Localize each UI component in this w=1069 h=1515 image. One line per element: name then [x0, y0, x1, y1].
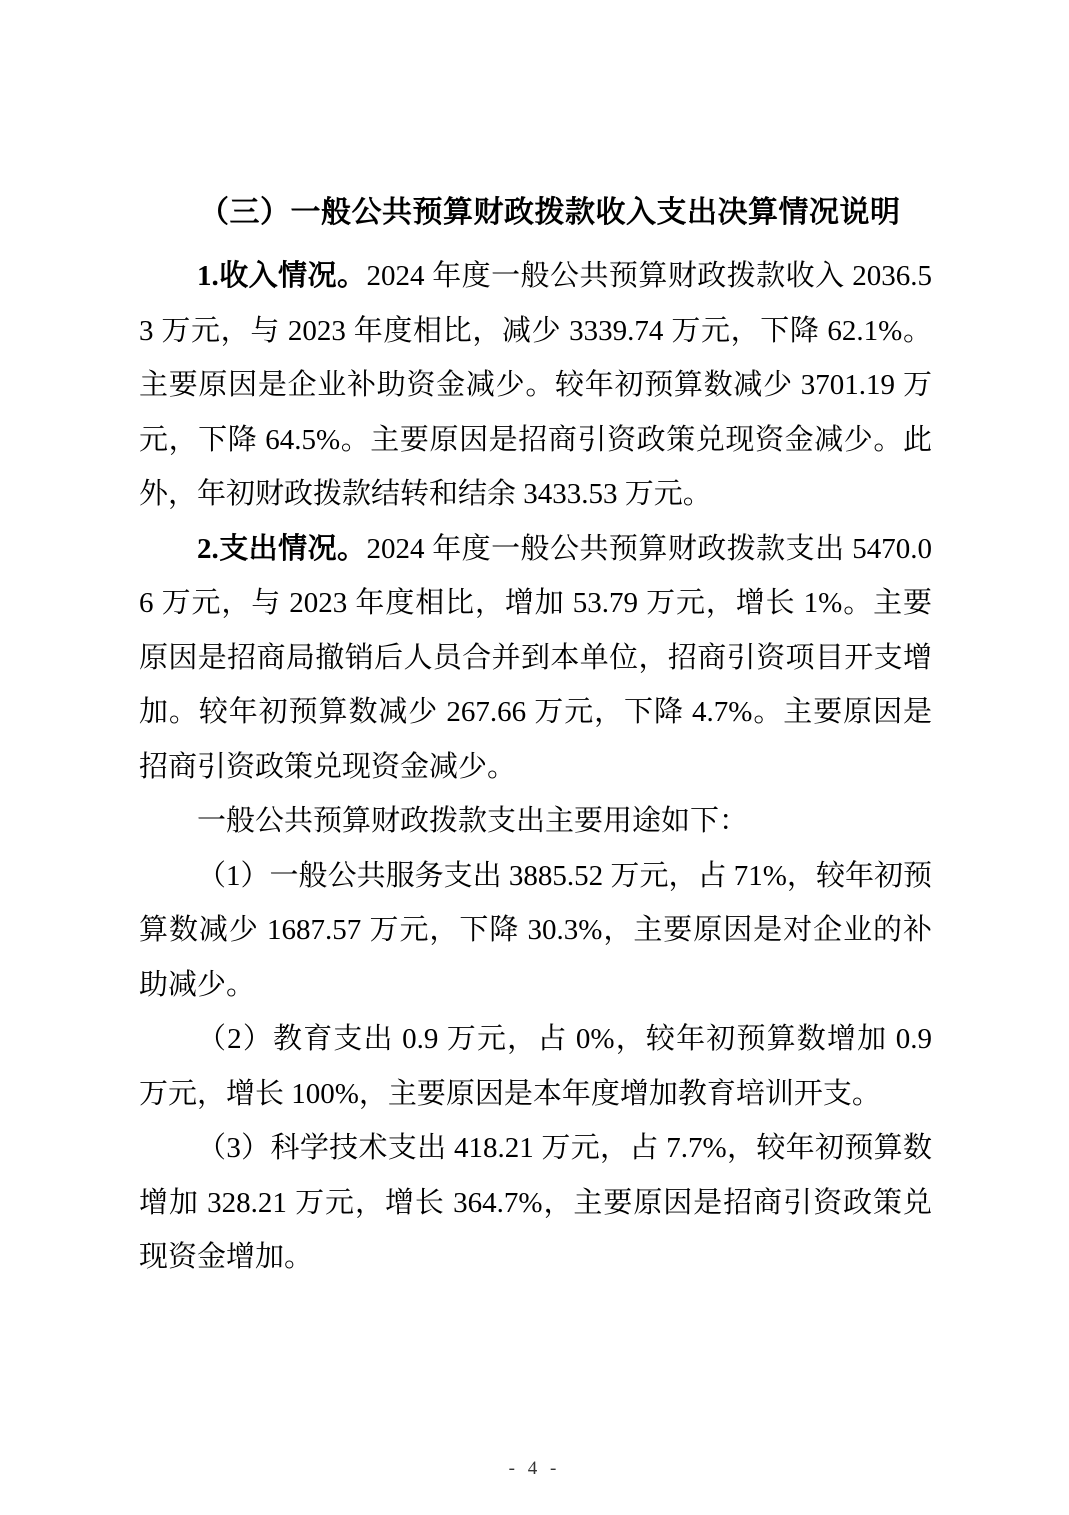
page-number: - 4 -: [0, 1458, 1069, 1480]
paragraph-income-lead: 1.收入情况。: [197, 260, 366, 292]
document-page: （三）一般公共预算财政拨款收入支出决算情况说明 1.收入情况。2024 年度一般…: [0, 0, 1069, 1515]
paragraph-item-3: （3）科学技术支出 418.21 万元，占 7.7%，较年初预算数增加 328.…: [139, 1121, 932, 1285]
document-content: （三）一般公共预算财政拨款收入支出决算情况说明 1.收入情况。2024 年度一般…: [139, 186, 932, 1285]
paragraph-income: 1.收入情况。2024 年度一般公共预算财政拨款收入 2036.53 万元，与 …: [139, 249, 932, 522]
paragraph-item-3-text: （3）科学技术支出 418.21 万元，占 7.7%，较年初预算数增加 328.…: [139, 1132, 932, 1273]
paragraph-expenditure-lead: 2.支出情况。: [197, 533, 366, 565]
paragraph-expenditure: 2.支出情况。2024 年度一般公共预算财政拨款支出 5470.06 万元，与 …: [139, 522, 932, 795]
paragraph-item-1: （1）一般公共服务支出 3885.52 万元，占 71%，较年初预算数减少 16…: [139, 849, 932, 1013]
paragraph-item-2: （2）教育支出 0.9 万元，占 0%，较年初预算数增加 0.9 万元，增长 1…: [139, 1012, 932, 1121]
section-heading: （三）一般公共预算财政拨款收入支出决算情况说明: [139, 186, 932, 240]
paragraph-item-1-text: （1）一般公共服务支出 3885.52 万元，占 71%，较年初预算数减少 16…: [139, 860, 932, 1001]
paragraph-expenditure-text: 2024 年度一般公共预算财政拨款支出 5470.06 万元，与 2023 年度…: [139, 533, 932, 783]
paragraph-item-2-text: （2）教育支出 0.9 万元，占 0%，较年初预算数增加 0.9 万元，增长 1…: [139, 1023, 932, 1110]
paragraph-usage-intro: 一般公共预算财政拨款支出主要用途如下：: [139, 794, 932, 849]
paragraph-income-text: 2024 年度一般公共预算财政拨款收入 2036.53 万元，与 2023 年度…: [139, 260, 932, 510]
paragraph-usage-intro-text: 一般公共预算财政拨款支出主要用途如下：: [197, 805, 748, 837]
